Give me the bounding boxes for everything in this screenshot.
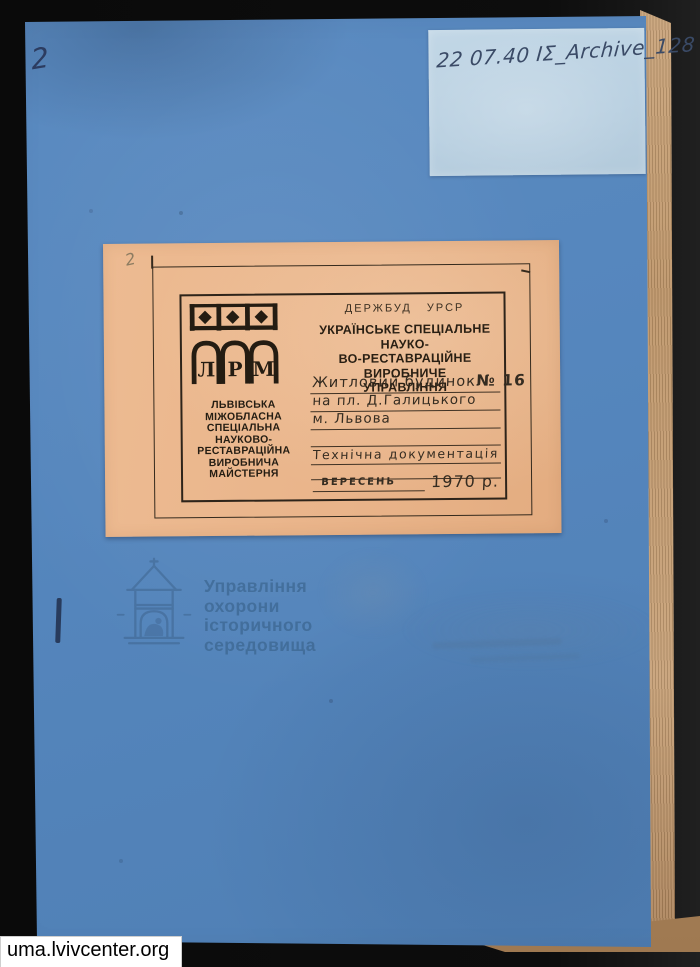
- year-handwritten: 1970 р.: [431, 472, 500, 492]
- lrm-workshop-logo-icon: Л Р М: [188, 301, 281, 384]
- department-header: ДЕРЖБУД УРСР: [310, 302, 500, 316]
- object-title-handwritten: Житловий будинок: [312, 374, 476, 391]
- workshop-line: МАЙСТЕРНЯ: [183, 468, 305, 481]
- cover-top-wear-line: [30, 0, 590, 4]
- inventory-code-handwritten: 22 07.40 ІΣ_Archive_128: [436, 35, 642, 72]
- label-card: 2: [103, 240, 562, 537]
- sheet-number-handwritten: 2: [30, 41, 50, 77]
- logo-letter: М: [252, 357, 274, 381]
- logo-letter: Л: [197, 357, 215, 381]
- object-number-handwritten: № 16: [476, 371, 526, 389]
- logo-letter: Р: [227, 357, 242, 381]
- city-handwritten: м. Львова: [312, 410, 391, 427]
- paper-speckles: [0, 0, 2, 2]
- organization-line: УКРАЇНСЬКЕ СПЕЦІАЛЬНЕ НАУКО-: [308, 322, 502, 353]
- ink-mark: [55, 598, 61, 643]
- card-outer-border: Л Р М ЛЬВІВСЬКА МІЖОБЛАСНА СПЕЦІАЛЬНА НА…: [152, 263, 532, 518]
- site-watermark: uma.lvivcenter.org: [0, 936, 182, 967]
- month-handwritten: вересень: [313, 476, 426, 492]
- field-date: вересень 1970 р.: [311, 472, 501, 495]
- watermark-line: середовища: [204, 636, 344, 656]
- archive-scan: 2 Управління охорони історичного середов…: [0, 0, 700, 967]
- sticky-note: 22 07.40 ІΣ_Archive_128: [428, 28, 646, 176]
- watermark-line: історичного: [204, 616, 344, 636]
- card-inner-border: Л Р М ЛЬВІВСЬКА МІЖОБЛАСНА СПЕЦІАЛЬНА НА…: [179, 291, 507, 502]
- card-corner-number-handwritten: 2: [123, 249, 137, 270]
- workshop-name: ЛЬВІВСЬКА МІЖОБЛАСНА СПЕЦІАЛЬНА НАУКОВО-…: [182, 399, 305, 481]
- address-handwritten: на пл. Д.Галицького: [312, 392, 477, 409]
- tower-lion-logo-icon: [114, 554, 194, 656]
